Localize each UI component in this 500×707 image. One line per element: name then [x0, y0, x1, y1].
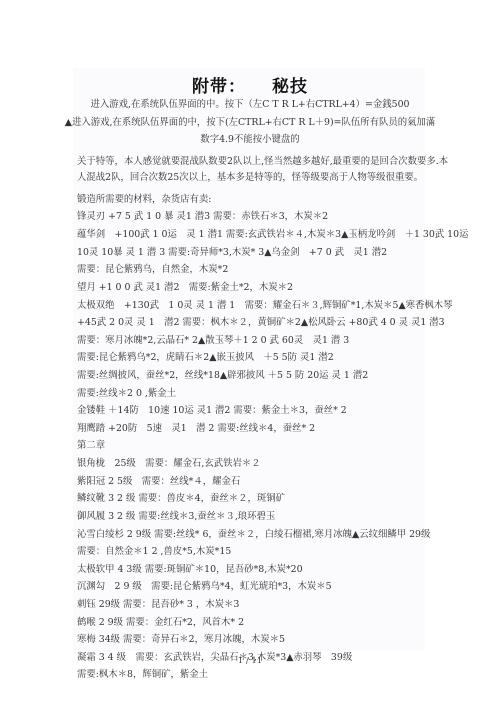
- recipe-line: 鳞纹靴 3 2 级 需要：兽皮＊4，蚕丝＊２，斑铜矿: [77, 493, 285, 505]
- recipe-line: 蕴华剑 +100武 1 0运 灵 1 潜1 需要:玄武铁岩＊４,木炭＊3▲玉柄龙…: [77, 229, 468, 241]
- recipe-line: 太极双绝 +130武 1 0灵 灵 1 潜 1 需要：耀金石＊３,辉铜矿*1,木…: [77, 300, 453, 312]
- intro-line: 人混战2队，回合次数25次以上，基本多是特等的，怪等级要高于人物等级很重要。: [77, 172, 423, 184]
- recipe-line: 需要:丝线＊2 0 ,紫金土: [77, 388, 176, 400]
- title-appendix: 附带：: [192, 77, 246, 97]
- cheat-line: 进入游戏,在系统队伍界面的中。按下（左C T R L+右CTRL+4）=金銭50…: [0, 99, 500, 111]
- materials-heading: 锻造所需要的材料，杂货店有卖:: [77, 194, 211, 206]
- recipe-line: 需要:昆仑紫鸦乌*2，虎睛石＊2▲嵌玉披风 ＋5 5防 灵1 潜2: [77, 352, 334, 364]
- recipe-line: 望月 +1 0 0 武 灵1 潜2 需要:紫金土*2，木炭＊2: [77, 282, 293, 294]
- page-number: 1 / 11: [0, 656, 500, 666]
- recipe-line: 寒梅 34级 需要：奇异石＊2，寒月冰魄，木炭＊5: [77, 634, 285, 646]
- chapter-heading: 第二章: [77, 440, 105, 452]
- recipe-line: 银角栊 25级 需要：耀金石,玄武铁岩＊２: [77, 458, 261, 470]
- cheat-line: 数字4.9不能按小键盘的: [0, 134, 500, 146]
- page-title: 附带：秘技: [0, 72, 500, 97]
- recipe-line: 刺钰 29级 需要：昆吾砂* 3 ，木炭＊3: [77, 599, 239, 611]
- recipe-line: 紫阳冠 2 5级 需要：丝线*４，耀金石: [77, 476, 240, 488]
- recipe-line: 沁雪白绫杉 2 9级 需要:丝线* 6，蚕丝＊２，白绫石榴裙,寒月冰魄▲云纹细鳞…: [77, 529, 430, 541]
- recipe-line: 沉渊勾 2 9 级 需要:昆仑紫鸦乌*4，虹光琥珀*3，木炭＊5: [77, 581, 332, 593]
- recipe-line: 金镂鞋 ＋14防 10速 10运 灵1 潜2 需要：紫金土＊3，蚕丝* 2: [77, 405, 347, 417]
- recipe-line: 翔鹰踏 +20防 5速 灵1 潜 2 需要:丝线＊4，蚕丝* 2: [77, 423, 315, 435]
- cheat-line: ▲进入游戏,在系统队伍界面的中，按下(左CTRL+右CT R L＋9)=队伍所有…: [0, 117, 500, 129]
- recipe-line: 需要：自然金＊1 2 ,兽皮*5,木炭*15: [77, 546, 231, 558]
- recipe-line: 需要:丝绸披风，蚕丝*2，丝线*18▲辟邪披风 ＋5 5 防 20运 灵 1 潜…: [77, 370, 368, 382]
- recipe-line: +45武 2 0灵 灵 1 潜2 需要：枫木＊２，黄铜矿＊2▲松风卧云 +80武…: [77, 317, 445, 329]
- recipe-line: 鹤喉 2 9级 需要：金红石*2，风首木* 2: [77, 617, 244, 629]
- title-secrets: 秘技: [272, 77, 308, 97]
- recipe-line: 太极软甲 4 3级 需要:斑铜矿＊10，昆吾砂*8,木炭*20: [77, 564, 303, 576]
- recipe-line: 需要：昆仑紫鸦乌，自然金，木炭*2: [77, 264, 228, 276]
- recipe-line: 锋灵刃 +7 5 武 1 0 暴 灵1 潜3 需要：赤铁石＊3，木炭＊2: [77, 211, 328, 223]
- recipe-line: 御风履 3 2 级 需要:丝线＊3,蚕丝＊３,琅环碧玉: [77, 511, 275, 523]
- recipe-line: 需要：寒月冰魄*2,云晶石* 2▲散玉琴＋1 2 0 武 60灵 灵1 潜 3: [77, 335, 349, 347]
- recipe-line: 10灵 10暴 灵 1 潜 3 需要:奇异师*3,木炭* 3▲乌金剑 +7 0 …: [77, 247, 387, 259]
- recipe-line: 需要:枫木＊8，辉铜矿，紫金土: [77, 669, 208, 681]
- intro-line: 关于特等，本人感觉就要混战队数要2队以上,怪当然越多越好,最重要的是回合次数要多…: [77, 156, 448, 168]
